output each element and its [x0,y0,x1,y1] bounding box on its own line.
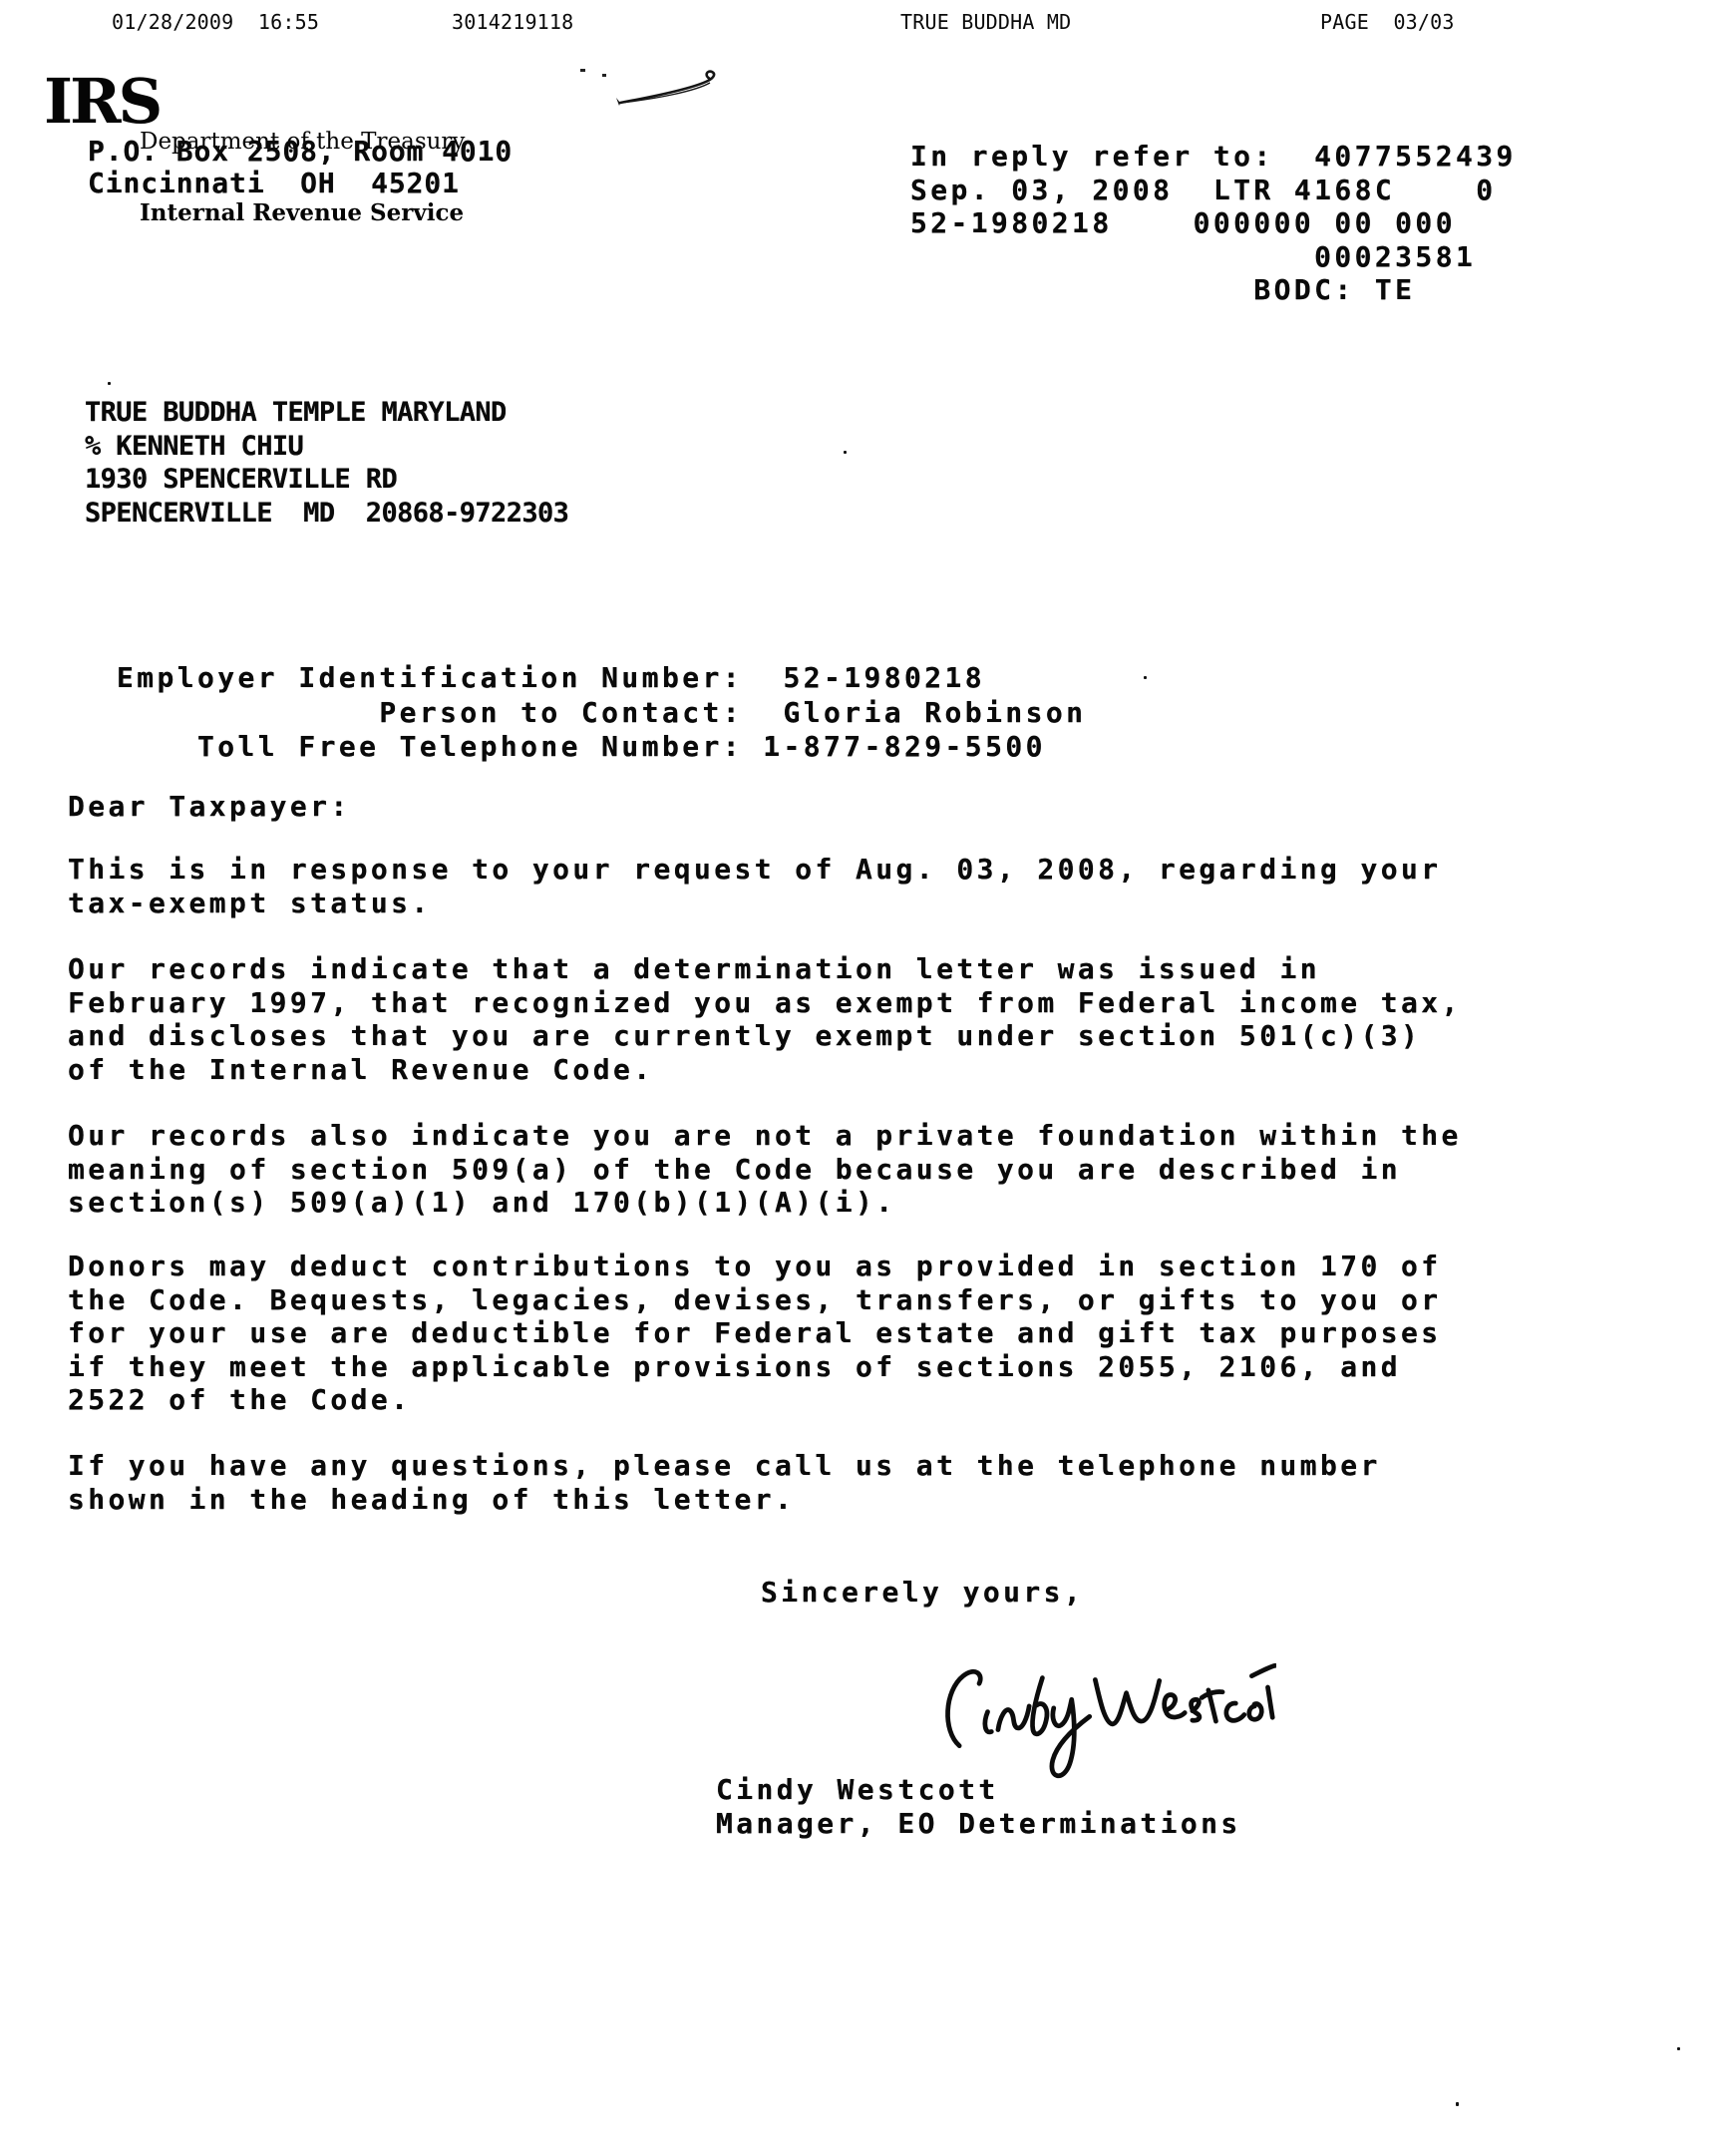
body-paragraph-5: If you have any questions, please call u… [68,1449,1381,1516]
body-paragraph-2: Our records indicate that a determinatio… [68,952,1462,1086]
body-paragraph-4: Donors may deduct contributions to you a… [68,1250,1442,1417]
scan-speck [1456,2102,1459,2106]
salutation: Dear Taxpayer: [68,790,351,824]
fax-datetime: 01/28/2009 16:55 [112,10,319,34]
fax-page: 01/28/2009 16:55 3014219118 TRUE BUDDHA … [0,0,1723,2156]
irs-name-line: Internal Revenue Service [140,201,465,225]
recipient-address: TRUE BUDDHA TEMPLE MARYLAND % KENNETH CH… [85,396,568,530]
scan-speck [1677,2047,1680,2050]
body-paragraph-3: Our records also indicate you are not a … [68,1119,1462,1220]
pen-mark [558,52,818,116]
irs-return-address: P.O. Box 2508, Room 4010 Cincinnati OH 4… [88,136,513,199]
scan-speck [1144,676,1147,679]
fax-sender: TRUE BUDDHA MD [900,10,1071,34]
body-paragraph-1: This is in response to your request of A… [68,853,1442,919]
closing-phrase: Sincerely yours, [761,1576,1084,1610]
contact-info-block: Employer Identification Number: 52-19802… [117,661,1086,765]
scan-speck [844,451,847,454]
fax-number: 3014219118 [452,10,573,34]
fax-page-indicator: PAGE 03/03 [1320,10,1455,34]
signer-name-title: Cindy Westcott Manager, EO Determination… [716,1773,1241,1840]
reference-block: In reply refer to: 4077552439 Sep. 03, 2… [910,140,1517,307]
scan-speck [108,382,111,385]
